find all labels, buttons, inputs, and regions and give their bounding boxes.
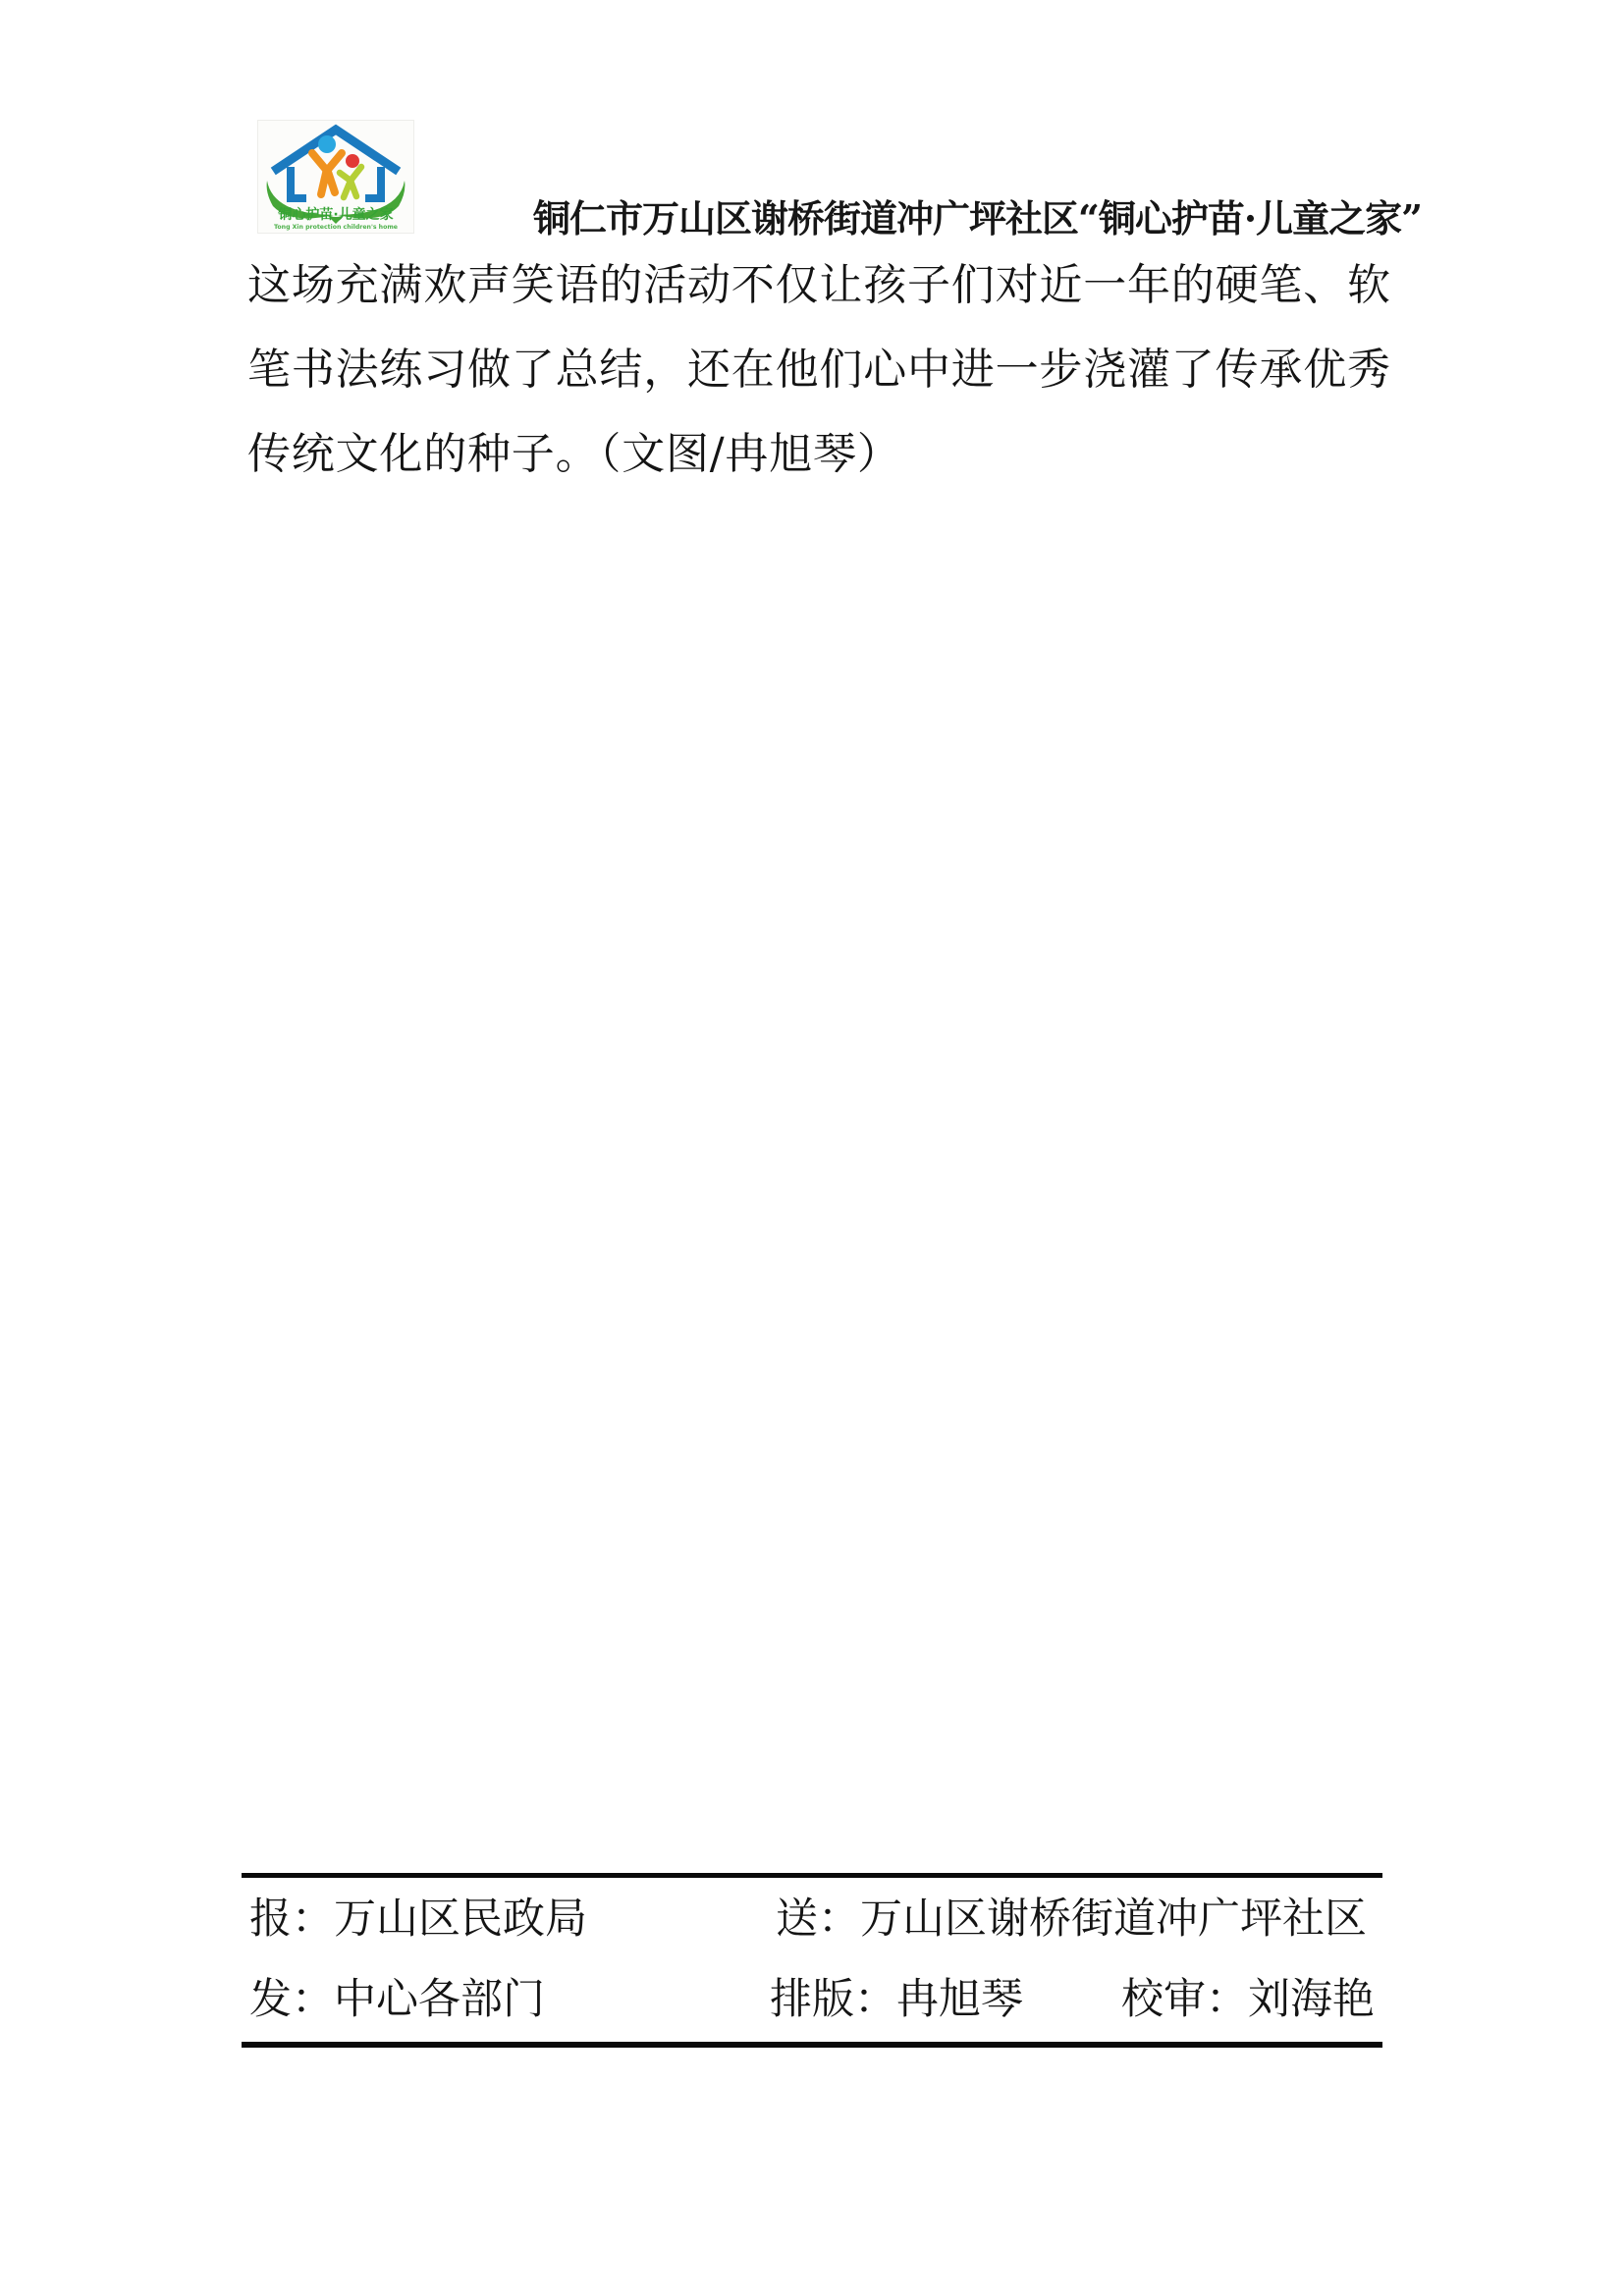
footer-report: 报：万山区民政局 <box>249 1895 587 1944</box>
footer-typesetter: 排版：冉旭琴 <box>770 1975 1023 2024</box>
logo-subtitle: Tong Xin protection children's home <box>274 224 398 231</box>
document-page: 铜心护苗·儿童之家 Tong Xin protection children's… <box>0 0 1624 2296</box>
footer-bottom-rule <box>242 2042 1382 2048</box>
paragraph-line-1: 这场充满欢声笑语的活动不仅让孩子们对近一年的硬笔、软 <box>247 243 1401 328</box>
logo-title: 铜心护苗·儿童之家 <box>277 206 393 223</box>
paragraph-line-3: 传统文化的种子。（文图/冉旭琴） <box>247 412 1401 497</box>
paragraph-line-2: 笔书法练习做了总结，还在他们心中进一步浇灌了传承优秀 <box>247 328 1401 412</box>
footer-distribute: 发：中心各部门 <box>249 1975 545 2024</box>
page-header-title: 铜仁市万山区谢桥街道冲广坪社区“铜心护苗·儿童之家” <box>533 197 1407 240</box>
article-paragraph: 这场充满欢声笑语的活动不仅让孩子们对近一年的硬笔、软 笔书法练习做了总结，还在他… <box>247 243 1401 497</box>
footer-top-rule <box>242 1873 1382 1878</box>
org-logo: 铜心护苗·儿童之家 Tong Xin protection children's… <box>257 120 414 234</box>
org-logo-graphic: 铜心护苗·儿童之家 Tong Xin protection children's… <box>257 120 414 234</box>
footer-proofreader: 校审：刘海艳 <box>1121 1975 1375 2024</box>
footer-send: 送：万山区谢桥街道冲广坪社区 <box>776 1895 1367 1944</box>
